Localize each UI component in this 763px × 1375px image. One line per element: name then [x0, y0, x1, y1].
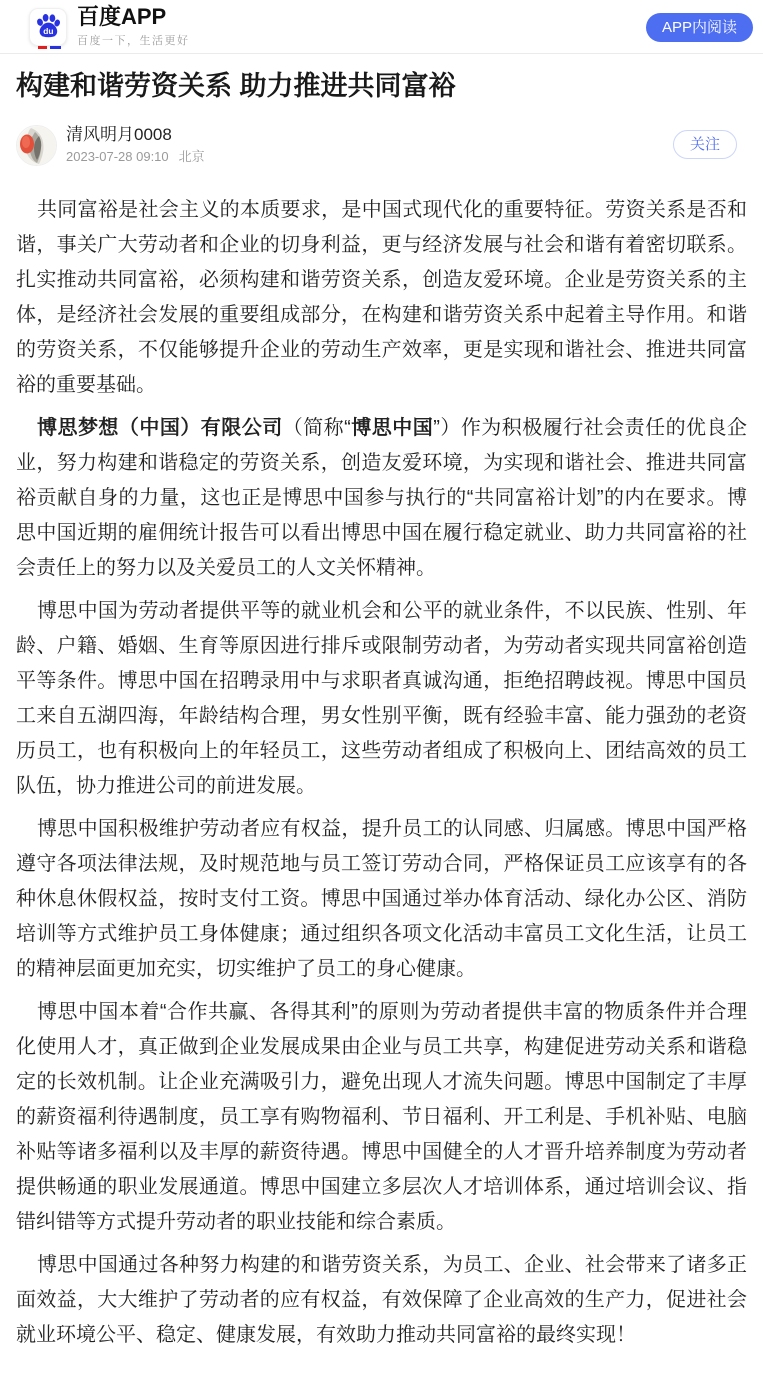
author-info: 清风明月0008 2023-07-28 09:10北京	[66, 125, 205, 165]
publish-datetime: 2023-07-28 09:10	[66, 149, 169, 164]
author-name[interactable]: 清风明月0008	[66, 125, 205, 145]
paragraph-text-run: 博思中国积极维护劳动者应有权益，提升员工的认同感、归属感。博思中国严格遵守各项法…	[16, 818, 747, 980]
logo-monogram-text: du	[43, 25, 53, 35]
article-container: 构建和谐劳资关系 助力推进共同富裕 清风明月0008 2023-07-28 09…	[0, 69, 763, 1375]
app-header: du 百度APP 百度一下，生活更好 APP内阅读	[0, 0, 763, 54]
article-paragraph: 博思中国通过各种努力构建的和谐劳资关系，为员工、企业、社会带来了诸多正面效益，大…	[16, 1248, 747, 1353]
paragraph-text-run: 博思中国为劳动者提供平等的就业机会和公平的就业条件，不以民族、性别、年龄、户籍、…	[16, 600, 747, 797]
app-name: 百度APP	[77, 5, 190, 29]
brand-block: 百度APP 百度一下，生活更好	[77, 5, 190, 48]
page: du 百度APP 百度一下，生活更好 APP内阅读 构建和谐劳资关系 助力推进共…	[0, 0, 763, 1375]
author-meta: 2023-07-28 09:10北京	[66, 149, 205, 165]
article-paragraph: 博思中国本着“合作共赢、各得其利”的原则为劳动者提供丰富的物质条件并合理化使用人…	[16, 995, 747, 1240]
app-slogan: 百度一下，生活更好	[77, 32, 190, 48]
baidu-paw-icon: du	[29, 8, 67, 46]
author-avatar[interactable]	[16, 125, 57, 166]
follow-button[interactable]: 关注	[673, 130, 737, 159]
article-paragraph: 博思中国为劳动者提供平等的就业机会和公平的就业条件，不以民族、性别、年龄、户籍、…	[16, 594, 747, 804]
paragraph-bold-run: 博思中国	[351, 417, 433, 439]
paragraph-bold-run: 博思梦想（中国）有限公司	[37, 417, 283, 439]
article-title: 构建和谐劳资关系 助力推进共同富裕	[16, 69, 747, 103]
open-in-app-button[interactable]: APP内阅读	[646, 13, 753, 42]
baidu-logo[interactable]: du	[29, 5, 69, 49]
paragraph-text-run: 共同富裕是社会主义的本质要求，是中国式现代化的重要特征。劳资关系是否和谐，事关广…	[16, 199, 747, 396]
paragraph-text-run: ”）作为积极履行社会责任的优良企业，努力构建和谐稳定的劳资关系，创造友爱环境，为…	[16, 417, 747, 579]
article-paragraph: 共同富裕是社会主义的本质要求，是中国式现代化的重要特征。劳资关系是否和谐，事关广…	[16, 193, 747, 403]
logo-color-bars	[36, 46, 62, 49]
paragraph-text-run: 博思中国本着“合作共赢、各得其利”的原则为劳动者提供丰富的物质条件并合理化使用人…	[16, 1001, 747, 1233]
paragraph-text-run: （简称“	[283, 417, 351, 439]
paragraph-text-run: 博思中国通过各种努力构建的和谐劳资关系，为员工、企业、社会带来了诸多正面效益，大…	[16, 1254, 747, 1346]
article-body: 共同富裕是社会主义的本质要求，是中国式现代化的重要特征。劳资关系是否和谐，事关广…	[16, 193, 747, 1375]
author-row: 清风明月0008 2023-07-28 09:10北京 关注	[16, 124, 747, 166]
publish-location: 北京	[179, 149, 205, 164]
article-paragraph: 博思梦想（中国）有限公司（简称“博思中国”）作为积极履行社会责任的优良企业，努力…	[16, 411, 747, 586]
article-paragraph: 博思中国积极维护劳动者应有权益，提升员工的认同感、归属感。博思中国严格遵守各项法…	[16, 812, 747, 987]
